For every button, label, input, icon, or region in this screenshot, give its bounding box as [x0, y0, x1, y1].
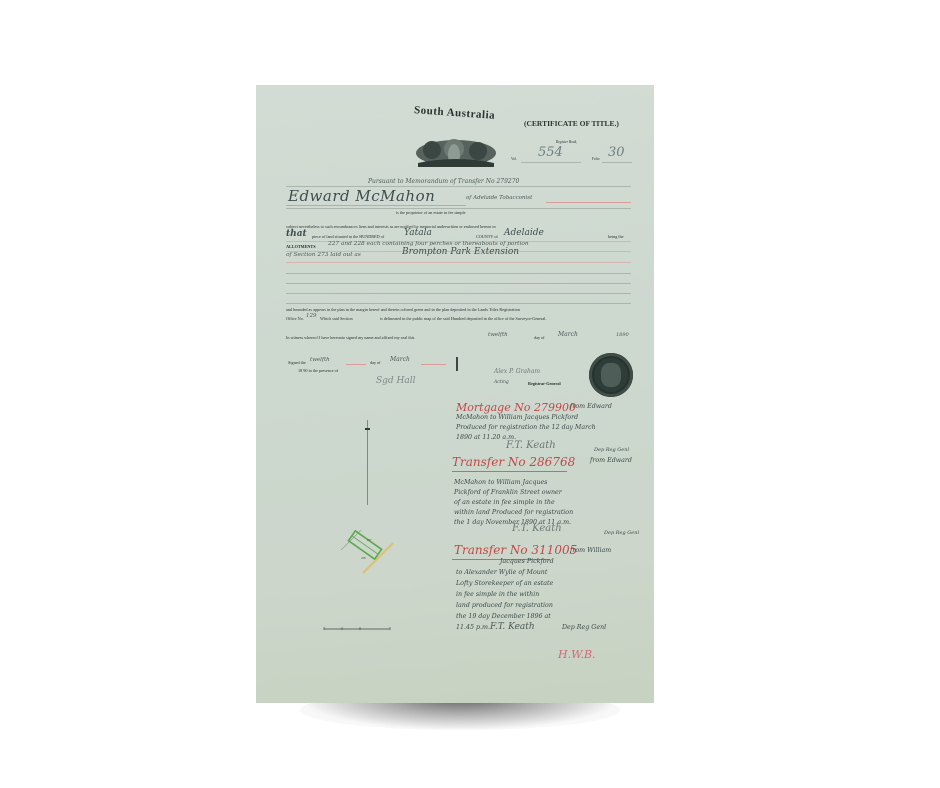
witness-year: 1890: [616, 332, 629, 338]
witness-day-of: day of: [534, 335, 545, 340]
memorial-2-heading: Transfer No 286768: [452, 455, 575, 469]
county-label: COUNTY of: [476, 234, 498, 239]
witness-day: twelfth: [488, 332, 508, 338]
memorial-3-line: land produced for registration: [456, 601, 553, 612]
memorial-2-line: within land Produced for registration: [454, 508, 573, 519]
coat-of-arms-emblem-icon: [414, 133, 498, 168]
memorial-1-signature: F.T. Keath: [506, 440, 556, 451]
parcel-word: that: [286, 229, 307, 239]
memorial-1-line: from Edward: [570, 402, 612, 413]
memorial-3-line: 11.45 p.m.: [456, 623, 490, 634]
bracket-mark: [456, 357, 458, 371]
signed-day: twelfth: [310, 357, 330, 363]
red-rule: [546, 202, 631, 203]
estate-name: Brompton Park Extension: [402, 247, 519, 257]
memorial-3-line: the 19 day December 1896 at: [456, 612, 551, 623]
pursuant-line: Pursuant to Memorandum of Transfer No 27…: [368, 178, 519, 185]
witness-signature: Sgd Hall: [376, 376, 416, 386]
registrar-signature: Alex P. Graham: [494, 368, 540, 375]
memorial-2-line: from Edward: [590, 456, 632, 467]
memorial-2-title: Dep Reg Genl: [604, 528, 639, 539]
memorial-3-line: from William: [570, 546, 611, 557]
proprietor-name: Edward McMahon: [288, 187, 435, 205]
county-name: Adelaide: [504, 228, 544, 238]
section-detail: of Section 273 laid out as: [286, 252, 361, 258]
memorial-3-heading: Transfer No 311005: [454, 543, 577, 557]
memorial-1-line: McMahon to William Jacques Pickford: [456, 413, 578, 424]
red-rule: [286, 262, 631, 263]
red-rule: [421, 364, 446, 365]
memorial-3-line: Lofty Storekeeper of an estate: [456, 579, 553, 590]
rule: [286, 293, 631, 294]
bounded-line-2c: is delineated in the public map of the s…: [380, 316, 546, 321]
signed-month: March: [390, 356, 410, 363]
being-the: being the: [608, 234, 623, 239]
proprietor-detail: of Adelaide Tobacconist: [466, 195, 532, 201]
rule: [286, 273, 631, 274]
memorial-1-title: Dep Reg Genl: [594, 445, 629, 456]
folio-label: Folio: [592, 157, 600, 162]
bounded-line-1: and bounded as appears in the plan in th…: [286, 307, 520, 312]
signed-day-of: day of: [370, 360, 381, 365]
hundred-name: Yatala: [404, 228, 432, 238]
memorial-3-title: Dep Reg Genl: [562, 623, 606, 634]
subject-line: subject nevertheless to such encumbrance…: [286, 224, 496, 229]
registrar-seal-icon: [589, 353, 633, 397]
memorial-2-line: of an estate in fee simple in the: [454, 498, 555, 509]
signed-label: Signed the: [288, 360, 306, 365]
registrar-title: Registrar-General: [528, 381, 561, 386]
memorial-2-signature: F.T. Keath: [512, 523, 562, 534]
signed-year-line: 18 90 in the presence of: [298, 368, 338, 373]
memorial-2-line: McMahon to William Jacques: [454, 478, 547, 489]
allotment-label: ALLOTMENTS: [286, 244, 316, 249]
rule: [286, 208, 631, 209]
vol-value: 554: [538, 145, 563, 160]
red-underline: [452, 471, 567, 472]
svg-text:228: 228: [361, 556, 366, 560]
margin-line: [367, 420, 368, 505]
margin-plan-diagram: 227 228: [341, 525, 401, 585]
folio-rule: [602, 162, 632, 163]
land-line: piece of land situated in the HUNDRED of: [312, 234, 384, 239]
vol-rule: [521, 162, 581, 163]
memorial-3-line: Jacques Pickford: [500, 557, 554, 568]
rule: [286, 303, 631, 304]
svg-text:227: 227: [367, 538, 372, 542]
bounded-number: 129: [306, 313, 317, 319]
certificate-label: (CERTIFICATE OF TITLE.): [524, 119, 619, 128]
proprietor-statement: is the proprietor of an estate in fee si…: [396, 210, 466, 215]
memorial-3-signature: F.T. Keath: [490, 622, 535, 632]
red-rule: [346, 364, 366, 365]
memorial-3-line: in fee simple in the within: [456, 590, 539, 601]
memorial-3-line: to Alexander Wylie of Mount: [456, 568, 547, 579]
bounded-line-2b: Which said Section: [320, 316, 353, 321]
folio-value: 30: [608, 145, 625, 160]
scale-bar: [322, 625, 392, 631]
margin-tick: [365, 428, 370, 430]
memorial-1-line: Produced for registration the 12 day Mar…: [456, 423, 596, 434]
registrar-acting: Acting: [494, 380, 509, 385]
witness-line: In witness whereof I have hereunto signe…: [286, 335, 414, 340]
rule: [286, 283, 631, 284]
red-rule: [286, 205, 466, 206]
red-initials: H.W.B.: [558, 648, 596, 661]
vol-label: Vol.: [511, 157, 517, 162]
certificate-of-title: South Australia (CERTIFICATE OF TITLE.) …: [256, 85, 654, 703]
memorial-2-line: Pickford of Franklin Street owner: [454, 488, 562, 499]
witness-month: March: [558, 331, 578, 338]
jurisdiction-title: South Australia: [414, 104, 496, 122]
bounded-line-2a: Office No.: [286, 316, 304, 321]
